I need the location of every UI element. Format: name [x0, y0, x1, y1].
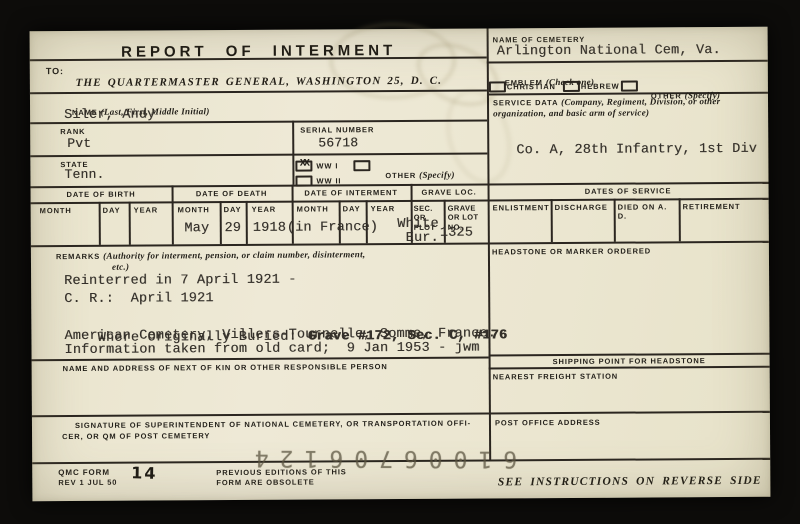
- died-on-ad-label: DIED ON A. D.: [618, 202, 670, 221]
- serial-number-value: 56718: [318, 135, 358, 151]
- rule: [99, 202, 101, 245]
- date-of-death-header: DATE OF DEATH: [172, 189, 292, 199]
- serial-number-label: SERIAL NUMBER: [300, 125, 374, 135]
- enlistment-label: ENLISTMENT: [493, 203, 550, 213]
- death-day-label: DAY: [224, 205, 242, 214]
- remarks-line-2: C. R.: April 1921: [64, 291, 214, 309]
- obsolete-note-line2: FORM ARE OBSOLETE: [216, 478, 314, 488]
- retirement-label: RETIREMENT: [683, 202, 741, 212]
- ww1-checkbox: XX: [295, 161, 312, 172]
- birth-year-label: YEAR: [134, 205, 158, 215]
- state-value: Tenn.: [64, 167, 104, 183]
- shipping-point-header: SHIPPING POINT FOR HEADSTONE: [489, 356, 770, 367]
- form-name: QMC FORM: [58, 468, 110, 478]
- christian-label: CHRISTIAN: [507, 82, 556, 92]
- remarks-line-5: Information taken from old card; 9 Jan 1…: [64, 341, 479, 360]
- rule: [551, 199, 553, 242]
- reverse-side-note: SEE INSTRUCTIONS ON REVERSE SIDE: [489, 475, 770, 489]
- interment-day-label: DAY: [343, 204, 361, 213]
- death-year-label: YEAR: [252, 205, 276, 215]
- accession-number-stamp: 61006706124: [227, 437, 517, 472]
- other-war-label-text: OTHER: [385, 171, 416, 180]
- death-month-label: MONTH: [178, 205, 210, 215]
- other-war-checkbox: [353, 160, 370, 171]
- birth-month-label: MONTH: [40, 206, 72, 216]
- remarks-label: REMARKS (Authority for interment, pensio…: [56, 249, 471, 273]
- to-label: TO:: [46, 66, 64, 77]
- remarks-label-note2: etc.): [112, 259, 471, 272]
- addressee: THE QUARTERMASTER GENERAL, WASHINGTON 25…: [30, 74, 488, 89]
- hebrew-checkbox: [563, 81, 580, 92]
- death-month-value: May: [175, 221, 219, 238]
- remarks-line-1: Reinterred in 7 April 1921 -: [64, 273, 297, 291]
- ww1-label: WW I: [316, 161, 338, 171]
- freight-station-label: NEAREST FREIGHT STATION: [493, 372, 618, 382]
- rank-value: Pvt: [67, 136, 91, 152]
- grave-loc-header: GRAVE LOC.: [411, 187, 488, 197]
- signature-label-line1: SIGNATURE OF SUPERINTENDENT OF NATIONAL …: [75, 419, 471, 431]
- rule: [246, 201, 248, 244]
- discharge-label: DISCHARGE: [555, 203, 608, 213]
- page-title: REPORT OF INTERMENT: [30, 41, 488, 61]
- hebrew-label: HEBREW: [581, 82, 620, 92]
- ww2-label: WW II: [316, 176, 341, 186]
- headstone-ordered-label: HEADSTONE OR MARKER ORDERED: [492, 246, 651, 256]
- ww2-checkbox: [295, 176, 312, 187]
- rule: [32, 411, 770, 418]
- service-data-label: SERVICE DATA (Company, Regiment, Divisio…: [493, 96, 761, 119]
- scanned-interment-card: { "colors": { "paper": "#ebe6d0", "ink":…: [0, 0, 800, 524]
- next-of-kin-label: NAME AND ADDRESS OF NEXT OF KIN OR OTHER…: [63, 362, 388, 373]
- rule: [679, 198, 681, 241]
- post-office-label: POST OFFICE ADDRESS: [495, 418, 601, 428]
- interment-year-label: YEAR: [371, 204, 395, 214]
- ink-ghost-smudge: [330, 23, 456, 100]
- form-revision: REV 1 JUL 50: [58, 478, 117, 488]
- cemetery-name-value: Arlington National Cem, Va.: [497, 43, 721, 61]
- date-of-birth-header: DATE OF BIRTH: [31, 189, 172, 199]
- remarks-label-note1: (Authority for interment, pension, or cl…: [103, 249, 365, 261]
- grave-lot-value: 1325: [440, 226, 473, 243]
- rule: [30, 89, 487, 94]
- service-data-value: Co. A, 28th Infantry, 1st Div: [516, 142, 757, 160]
- grave-plot-value: White Eur.: [393, 218, 439, 246]
- signature-label-line2: CER, OR QM OF POST CEMETERY: [62, 431, 210, 441]
- handwritten-form-number: 14: [131, 463, 158, 483]
- rule: [129, 202, 131, 245]
- other-emblem-checkbox: [621, 81, 638, 92]
- death-year-value: 1918: [253, 221, 286, 238]
- ww1-check-mark: XX: [297, 162, 310, 168]
- dates-of-service-header: DATES OF SERVICE: [488, 186, 769, 197]
- other-war-label: OTHER (Specify): [373, 161, 455, 191]
- service-data-label-text: SERVICE DATA: [493, 98, 561, 107]
- rule: [292, 121, 294, 185]
- rule: [30, 152, 487, 157]
- name-value: Siler, Andy: [64, 107, 155, 124]
- interment-month-label: MONTH: [297, 204, 329, 214]
- other-war-note: (Specify): [419, 170, 455, 180]
- remarks-label-text: REMARKS: [56, 252, 103, 261]
- interment-report-card: REPORT OF INTERMENT TO: THE QUARTERMASTE…: [30, 27, 771, 501]
- date-of-interment-header: DATE OF INTERMENT: [292, 188, 411, 198]
- christian-checkbox: [489, 81, 506, 92]
- interment-date-value: (in France): [287, 220, 378, 237]
- rule: [614, 199, 616, 242]
- birth-day-label: DAY: [103, 206, 121, 215]
- death-day-value: 29: [220, 221, 246, 238]
